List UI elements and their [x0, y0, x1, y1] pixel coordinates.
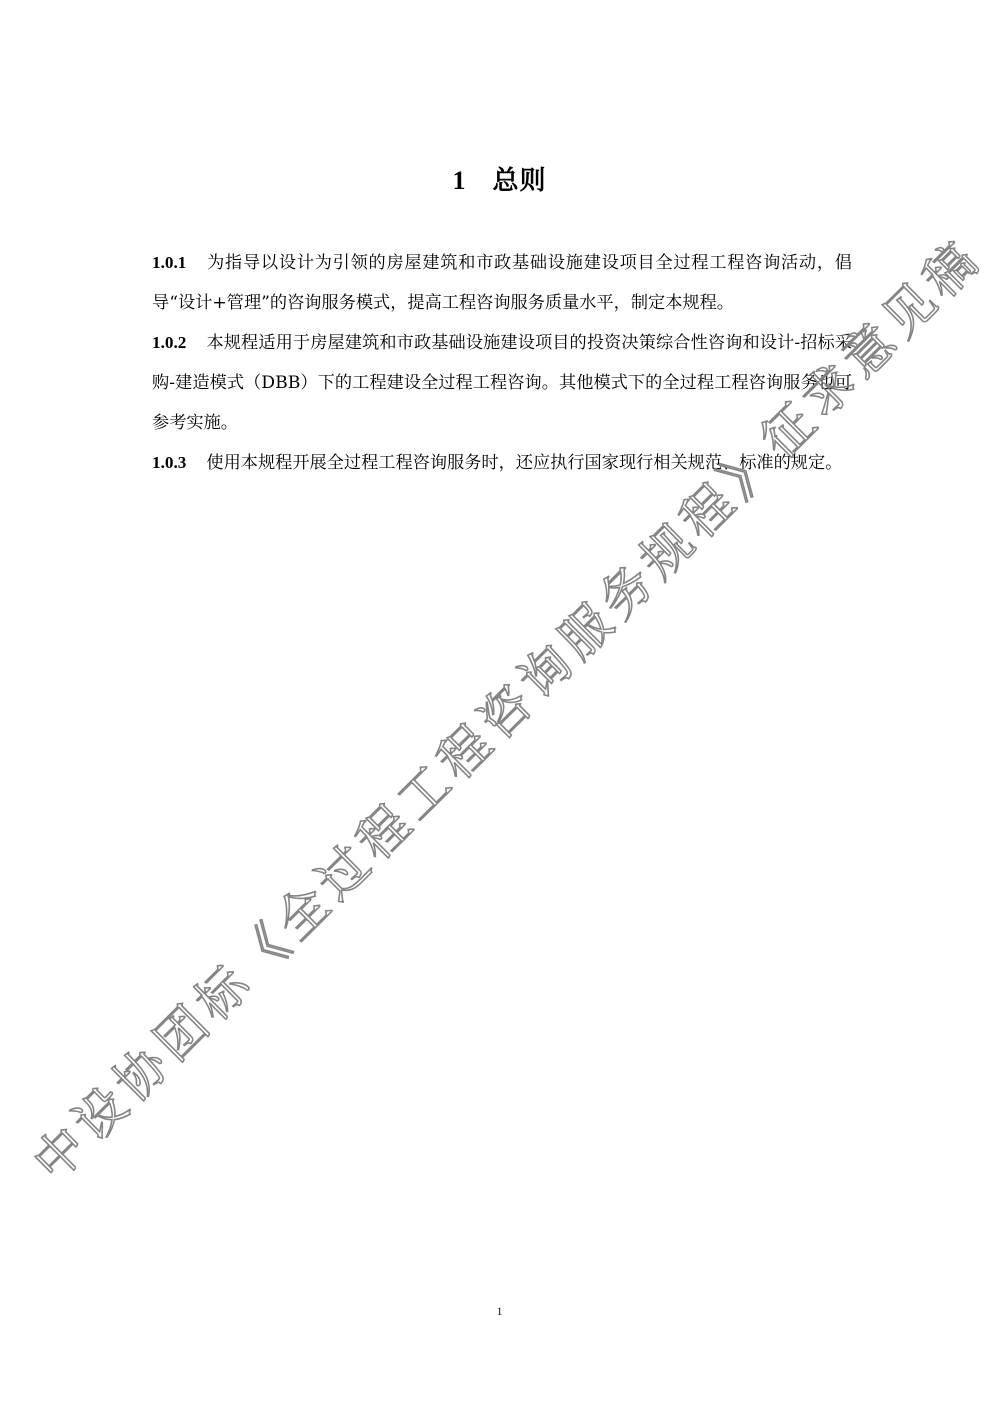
clause-1-0-2: 1.0.2本规程适用于房屋建筑和市政基础设施建设项目的投资决策综合性咨询和设计-…: [152, 323, 852, 443]
clause-text: 为指导以设计为引领的房屋建筑和市政基础设施建设项目全过程工程咨询活动，倡导“设计…: [152, 253, 852, 313]
page-number: 1: [0, 1304, 999, 1319]
clause-1-0-1: 1.0.1为指导以设计为引领的房屋建筑和市政基础设施建设项目全过程工程咨询活动，…: [152, 243, 852, 323]
clause-1-0-3: 1.0.3使用本规程开展全过程工程咨询服务时，还应执行国家现行相关规范、标准的规…: [152, 443, 852, 483]
clause-number: 1.0.3: [152, 453, 186, 472]
document-body: 1.0.1为指导以设计为引领的房屋建筑和市政基础设施建设项目全过程工程咨询活动，…: [152, 243, 852, 483]
chapter-title-text: 总则: [492, 166, 546, 196]
clause-text: 使用本规程开展全过程工程咨询服务时，还应执行国家现行相关规范、标准的规定。: [206, 453, 842, 473]
chapter-number: 1: [452, 166, 466, 195]
document-page: 1总则 1.0.1为指导以设计为引领的房屋建筑和市政基础设施建设项目全过程工程咨…: [0, 0, 999, 1414]
clause-number: 1.0.2: [152, 333, 186, 352]
clause-number: 1.0.1: [152, 253, 186, 272]
clause-text: 本规程适用于房屋建筑和市政基础设施建设项目的投资决策综合性咨询和设计-招标采购-…: [152, 333, 852, 433]
chapter-title: 1总则: [0, 163, 999, 199]
